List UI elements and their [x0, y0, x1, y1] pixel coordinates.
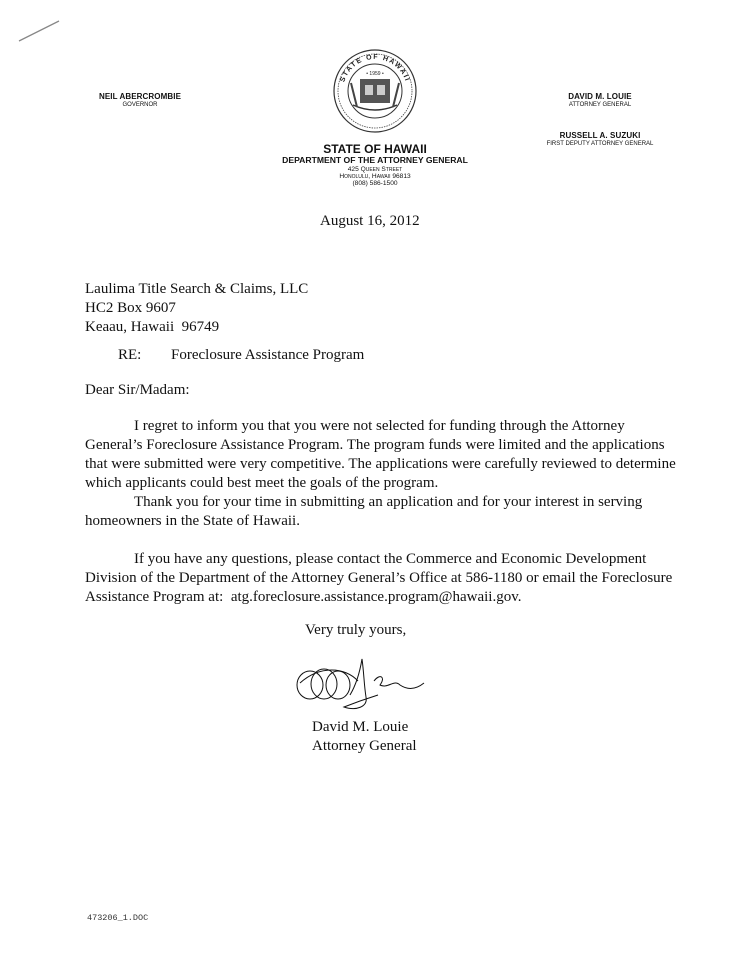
- closing: Very truly yours,: [305, 622, 406, 639]
- handwritten-signature-icon: [290, 655, 460, 715]
- state-seal-icon: STATE OF HAWAII • 1959 •: [313, 45, 437, 137]
- re-subject: Foreclosure Assistance Program: [171, 347, 364, 363]
- governor-block: NEIL ABERCROMBIE GOVERNOR: [60, 92, 220, 108]
- recipient-line-2: HC2 Box 9607: [85, 299, 308, 318]
- recipient-line-3: Keaau, Hawaii 96749: [85, 318, 308, 337]
- signer-title: Attorney General: [312, 737, 417, 756]
- city-address: Honolulu, Hawaii 96813: [200, 173, 550, 180]
- recipient-address: Laulima Title Search & Claims, LLC HC2 B…: [85, 280, 308, 337]
- governor-title: GOVERNOR: [60, 102, 220, 108]
- body-paragraph-1: I regret to inform you that you were not…: [85, 417, 685, 493]
- svg-text:• 1959 •: • 1959 •: [366, 71, 384, 77]
- attorney-general-title: ATTORNEY GENERAL: [490, 102, 710, 108]
- body-paragraph-3: If you have any questions, please contac…: [85, 550, 685, 607]
- re-label: RE:: [118, 347, 171, 364]
- department-heading: DEPARTMENT OF THE ATTORNEY GENERAL: [200, 156, 550, 165]
- governor-name: NEIL ABERCROMBIE: [60, 92, 220, 101]
- paragraph-2-text: Thank you for your time in submitting an…: [85, 494, 642, 529]
- signer-name: David M. Louie: [312, 718, 417, 737]
- salutation: Dear Sir/Madam:: [85, 382, 190, 399]
- contact-email-link[interactable]: atg.foreclosure.assistance.program@hawai…: [231, 589, 518, 605]
- re-line: RE:Foreclosure Assistance Program: [85, 347, 364, 364]
- letterhead-center: STATE OF HAWAII DEPARTMENT OF THE ATTORN…: [200, 143, 550, 187]
- attorney-general-name: DAVID M. LOUIE: [490, 92, 710, 101]
- paragraph-3-end: .: [518, 589, 522, 605]
- street-address: 425 Queen Street: [200, 166, 550, 173]
- document-id: 473206_1.DOC: [87, 913, 148, 923]
- signer-block: David M. Louie Attorney General: [312, 718, 417, 756]
- body-paragraph-2: Thank you for your time in submitting an…: [85, 493, 685, 531]
- recipient-line-1: Laulima Title Search & Claims, LLC: [85, 280, 308, 299]
- letter-date: August 16, 2012: [320, 213, 420, 230]
- paragraph-1-text: I regret to inform you that you were not…: [85, 418, 676, 491]
- first-deputy-name: RUSSELL A. SUZUKI: [490, 131, 710, 140]
- phone-number: (808) 586-1500: [200, 180, 550, 187]
- pen-mark-icon: [15, 15, 65, 45]
- attorney-general-block: DAVID M. LOUIE ATTORNEY GENERAL: [490, 92, 710, 108]
